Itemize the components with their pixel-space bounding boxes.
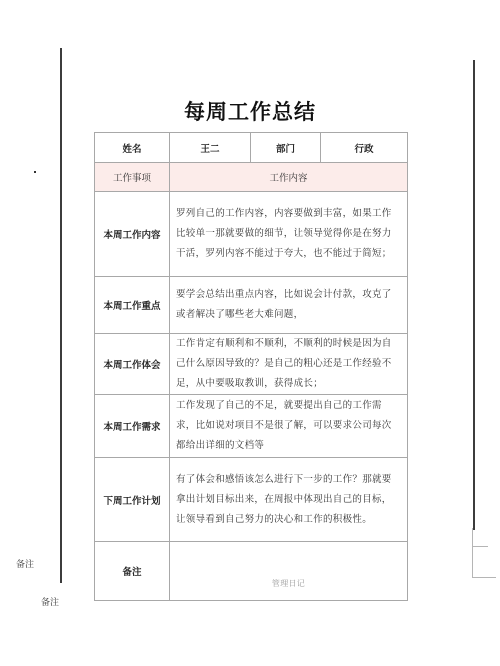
right-margin-line bbox=[473, 60, 475, 530]
right-margin-line-lower bbox=[472, 528, 473, 577]
row-content: 有了体会和感悟该怎么进行下一步的工作？那就要拿出计划目标出来，在周报中体现出自己… bbox=[170, 458, 408, 542]
row-label: 本周工作重点 bbox=[95, 277, 170, 334]
right-margin-tick bbox=[472, 546, 488, 547]
table-row: 本周工作需求 工作发现了自己的不足，就要提出自己的工作需求，比如说对项目不是很了… bbox=[95, 395, 408, 458]
row-content: 工作发现了自己的不足，就要提出自己的工作需求，比如说对项目不是很了解，可以要求公… bbox=[170, 395, 408, 458]
table-row: 本周工作重点 要学会总结出重点内容，比如说会计付款，攻克了或者解决了哪些老大难问… bbox=[95, 277, 408, 334]
row-label: 本周工作内容 bbox=[95, 192, 170, 277]
right-margin-bottom bbox=[472, 577, 496, 578]
name-label: 姓名 bbox=[95, 133, 170, 163]
row-label: 下周工作计划 bbox=[95, 458, 170, 542]
dept-value: 行政 bbox=[321, 133, 408, 163]
table-row: 本周工作内容 罗列自己的工作内容，内容要做到丰富，如果工作比较单一那就要做的细节… bbox=[95, 192, 408, 277]
row-label: 本周工作需求 bbox=[95, 395, 170, 458]
content-header: 工作内容 bbox=[170, 163, 408, 192]
table-row: 下周工作计划 有了体会和感悟该怎么进行下一步的工作？那就要拿出计划目标出来，在周… bbox=[95, 458, 408, 542]
page-title: 每周工作总结 bbox=[0, 96, 500, 126]
item-header: 工作事项 bbox=[95, 163, 170, 192]
row-label: 本周工作体会 bbox=[95, 334, 170, 395]
outside-notes-label-2: 备注 bbox=[41, 595, 59, 608]
weekly-summary-table: 姓名 王二 部门 行政 工作事项 工作内容 本周工作内容 罗列自己的工作内容，内… bbox=[94, 132, 408, 601]
column-header-row: 工作事项 工作内容 bbox=[95, 163, 408, 192]
row-content: 工作肯定有顺利和不顺利，不顺利的时候是因为自己什么原因导致的？是自己的粗心还是工… bbox=[170, 334, 408, 395]
row-content: 罗列自己的工作内容，内容要做到丰富，如果工作比较单一那就要做的细节，让领导觉得你… bbox=[170, 192, 408, 277]
watermark: 管理日记 bbox=[170, 574, 407, 594]
left-margin-line bbox=[60, 48, 62, 583]
notes-label: 备注 bbox=[95, 542, 170, 601]
row-content: 要学会总结出重点内容，比如说会计付款，攻克了或者解决了哪些老大难问题， bbox=[170, 277, 408, 334]
outside-notes-label-1: 备注 bbox=[16, 557, 34, 570]
stray-dot bbox=[34, 171, 36, 173]
notes-cell: 管理日记 bbox=[170, 542, 408, 601]
dept-label: 部门 bbox=[251, 133, 321, 163]
info-row: 姓名 王二 部门 行政 bbox=[95, 133, 408, 163]
table-row: 本周工作体会 工作肯定有顺利和不顺利，不顺利的时候是因为自己什么原因导致的？是自… bbox=[95, 334, 408, 395]
notes-row: 备注 管理日记 bbox=[95, 542, 408, 601]
name-value: 王二 bbox=[170, 133, 251, 163]
